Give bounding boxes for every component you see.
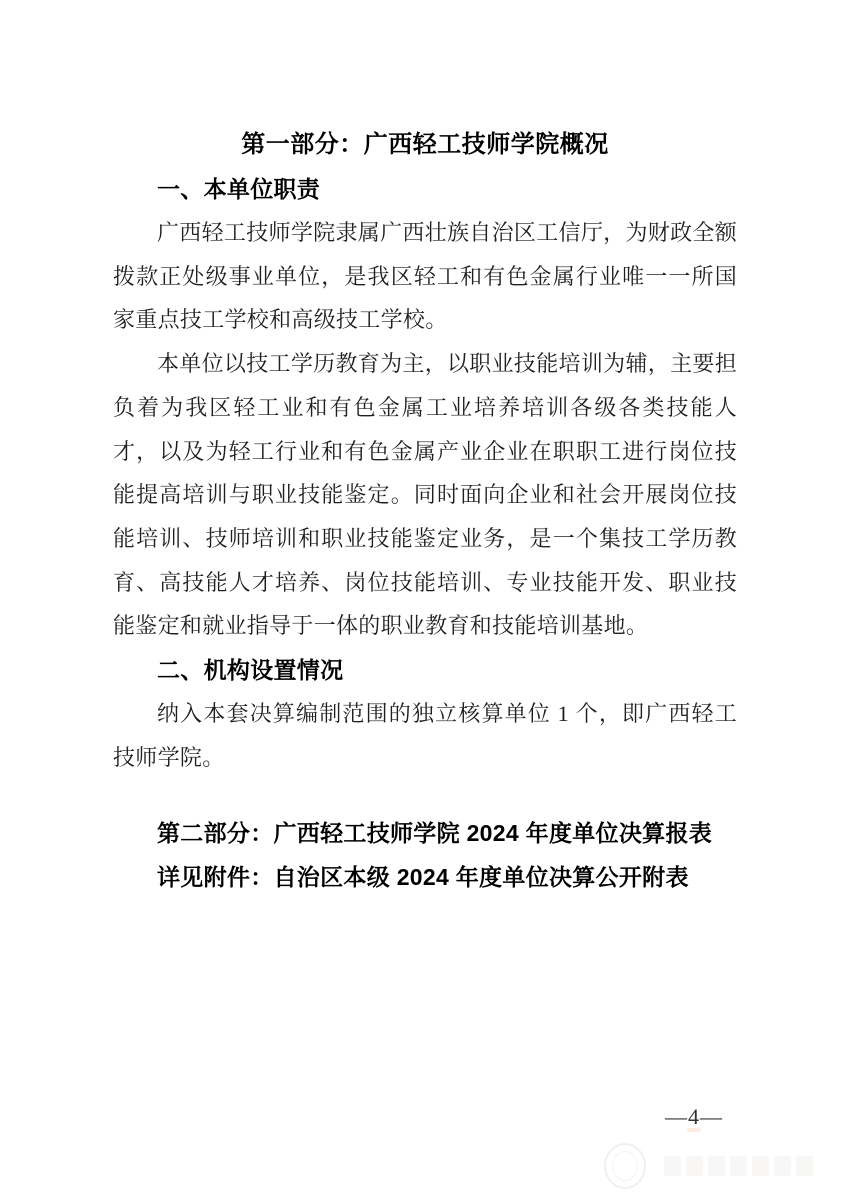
part2-title: 第二部分：广西轻工技师学院 2024 年度单位决算报表 xyxy=(113,811,737,855)
part2-block: 第二部分：广西轻工技师学院 2024 年度单位决算报表 详见附件：自治区本级 2… xyxy=(113,811,737,899)
section2-heading: 二、机构设置情况 xyxy=(113,648,737,692)
page-number: —4— xyxy=(665,1104,723,1130)
section1-paragraph-1: 广西轻工技师学院隶属广西壮族自治区工信厅，为财政全额拨款正处级事业单位，是我区轻… xyxy=(113,211,737,342)
document-page: 第一部分：广西轻工技师学院概况 一、本单位职责 广西轻工技师学院隶属广西壮族自治… xyxy=(0,0,850,1202)
section1-heading: 一、本单位职责 xyxy=(113,167,737,211)
document-content: 第一部分：广西轻工技师学院概况 一、本单位职责 广西轻工技师学院隶属广西壮族自治… xyxy=(113,123,737,899)
watermark xyxy=(604,1138,834,1194)
section1-paragraph-2: 本单位以技工学历教育为主，以职业技能培训为辅，主要担负着为我区轻工业和有色金属工… xyxy=(113,342,737,648)
section2-paragraph-1: 纳入本套决算编制范围的独立核算单位 1 个，即广西轻工技师学院。 xyxy=(113,692,737,779)
part2-attachment-note: 详见附件：自治区本级 2024 年度单位决算公开附表 xyxy=(113,855,737,899)
watermark-seal-icon xyxy=(604,1143,646,1189)
part1-title: 第一部分：广西轻工技师学院概况 xyxy=(113,123,737,167)
watermark-text xyxy=(664,1156,813,1176)
